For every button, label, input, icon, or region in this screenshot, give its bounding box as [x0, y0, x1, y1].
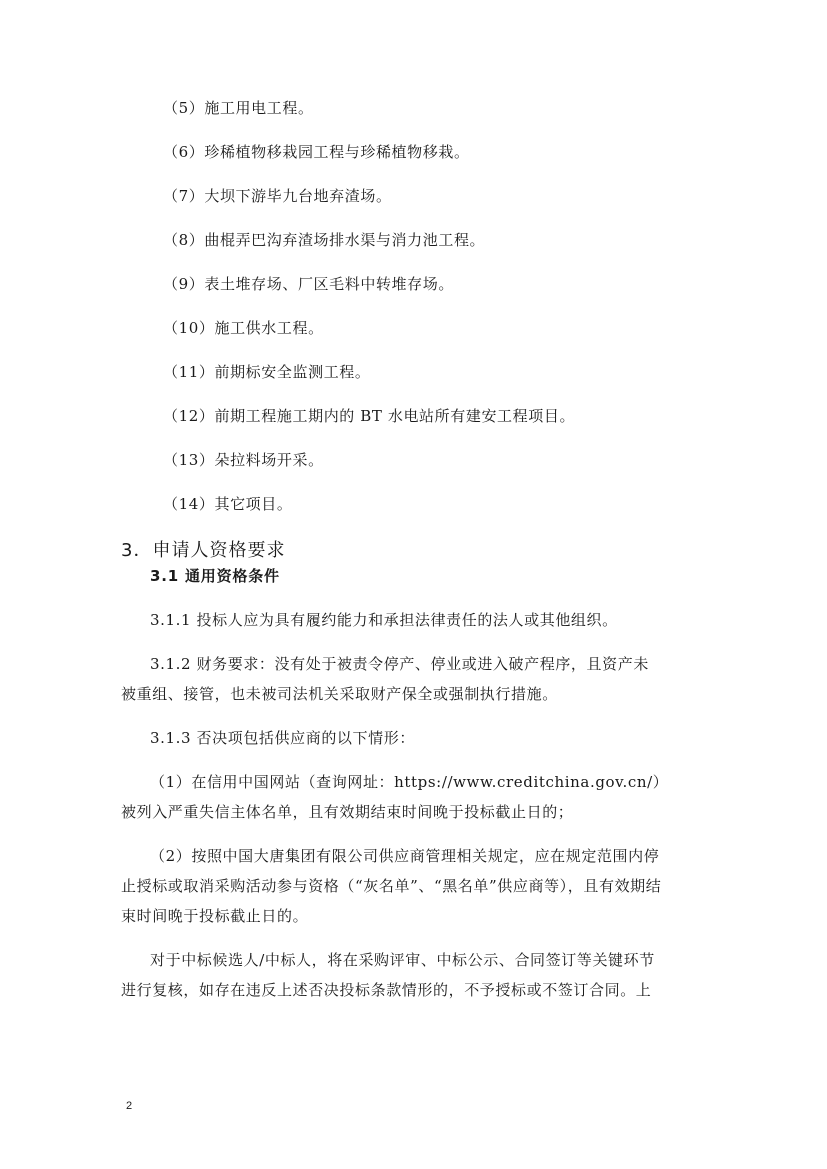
rejection-item-1-line1: （1）在信用中国网站（查询网址：https://www.creditchina.… [150, 772, 668, 792]
section-heading: 3．申请人资格要求 [121, 540, 285, 562]
list-item-10: （10）施工供水工程。 [163, 318, 324, 338]
rejection-item-2-line2: 止授标或取消采购活动参与资格（“灰名单”、“黑名单”供应商等），且有效期结 [121, 876, 661, 896]
document-page: （5）施工用电工程。 （6）珍稀植物移栽园工程与珍稀植物移栽。 （7）大坝下游毕… [0, 0, 827, 1169]
list-item-8: （8）曲棍弄巴沟弃渣场排水渠与消力池工程。 [163, 230, 485, 250]
list-item-5: （5）施工用电工程。 [163, 98, 314, 118]
list-item-11: （11）前期标安全监测工程。 [163, 362, 371, 382]
review-paragraph-line1: 对于中标候选人/中标人，将在采购评审、中标公示、合同签订等关键环节 [150, 950, 655, 970]
paragraph-3-1-2-line2: 被重组、接管，也未被司法机关采取财产保全或强制执行措施。 [121, 684, 558, 704]
list-item-9: （9）表土堆存场、厂区毛料中转堆存场。 [163, 274, 454, 294]
paragraph-3-1-1: 3.1.1 投标人应为具有履约能力和承担法律责任的法人或其他组织。 [150, 610, 618, 630]
list-item-12: （12）前期工程施工期内的 BT 水电站所有建安工程项目。 [163, 406, 575, 426]
review-paragraph-line2: 进行复核，如存在违反上述否决投标条款情形的，不予授标或不签订合同。上 [121, 980, 651, 1000]
section-subheading: 3.1 通用资格条件 [150, 566, 280, 586]
list-item-6: （6）珍稀植物移栽园工程与珍稀植物移栽。 [163, 142, 470, 162]
rejection-item-2-line3: 束时间晚于投标截止日的。 [121, 906, 308, 926]
page-number: 2 [126, 1100, 132, 1112]
list-item-7: （7）大坝下游毕九台地弃渣场。 [163, 186, 392, 206]
rejection-item-2-line1: （2）按照中国大唐集团有限公司供应商管理相关规定，应在规定范围内停 [150, 846, 659, 866]
list-item-13: （13）朵拉料场开采。 [163, 450, 324, 470]
paragraph-3-1-2-line1: 3.1.2 财务要求：没有处于被责令停产、停业或进入破产程序，且资产未 [150, 654, 649, 674]
paragraph-3-1-3: 3.1.3 否决项包括供应商的以下情形： [150, 728, 415, 748]
rejection-item-1-line2: 被列入严重失信主体名单，且有效期结束时间晚于投标截止日的； [121, 802, 573, 822]
list-item-14: （14）其它项目。 [163, 494, 293, 514]
